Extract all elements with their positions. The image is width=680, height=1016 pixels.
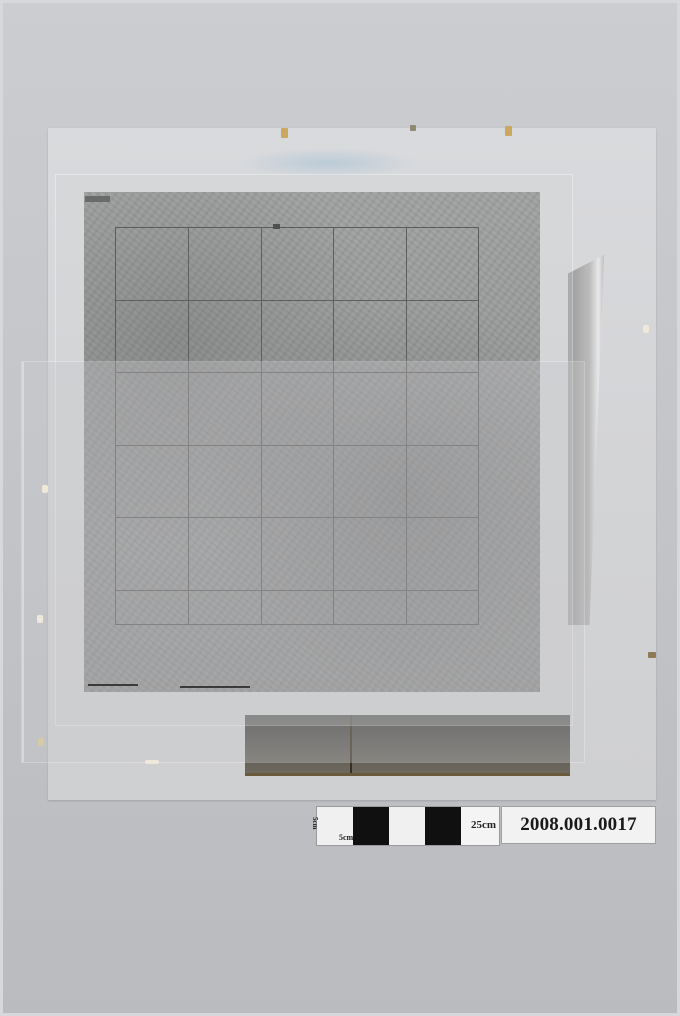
scale-vertical-label: 5cm bbox=[311, 817, 319, 829]
accession-number-label: 2008.001.0017 bbox=[501, 806, 656, 844]
tab-mark bbox=[145, 760, 159, 764]
tape-mark bbox=[505, 126, 512, 136]
scale-left-label: 5cm bbox=[339, 833, 353, 842]
pencil-smudge bbox=[85, 196, 110, 202]
left-overlay-sheet bbox=[22, 362, 584, 762]
scale-bar: 5cm 5cm 25cm bbox=[316, 806, 500, 846]
scale-segment-black bbox=[353, 807, 389, 845]
tape-mark bbox=[281, 128, 288, 138]
tape-mark bbox=[410, 125, 416, 131]
scale-segment-white bbox=[389, 807, 425, 845]
scale-right-label: 25cm bbox=[471, 819, 496, 831]
tab-mark bbox=[643, 325, 649, 333]
tab-mark bbox=[38, 738, 44, 746]
scale-segment-black bbox=[425, 807, 461, 845]
blue-stain bbox=[238, 148, 418, 178]
pencil-line bbox=[180, 686, 250, 688]
tab-mark bbox=[37, 615, 43, 623]
artifact-photo: 5cm 5cm 25cm 2008.001.0017 bbox=[0, 0, 680, 1016]
pencil-line bbox=[88, 684, 138, 686]
tape-mark bbox=[648, 652, 656, 658]
tab-mark bbox=[42, 485, 48, 493]
